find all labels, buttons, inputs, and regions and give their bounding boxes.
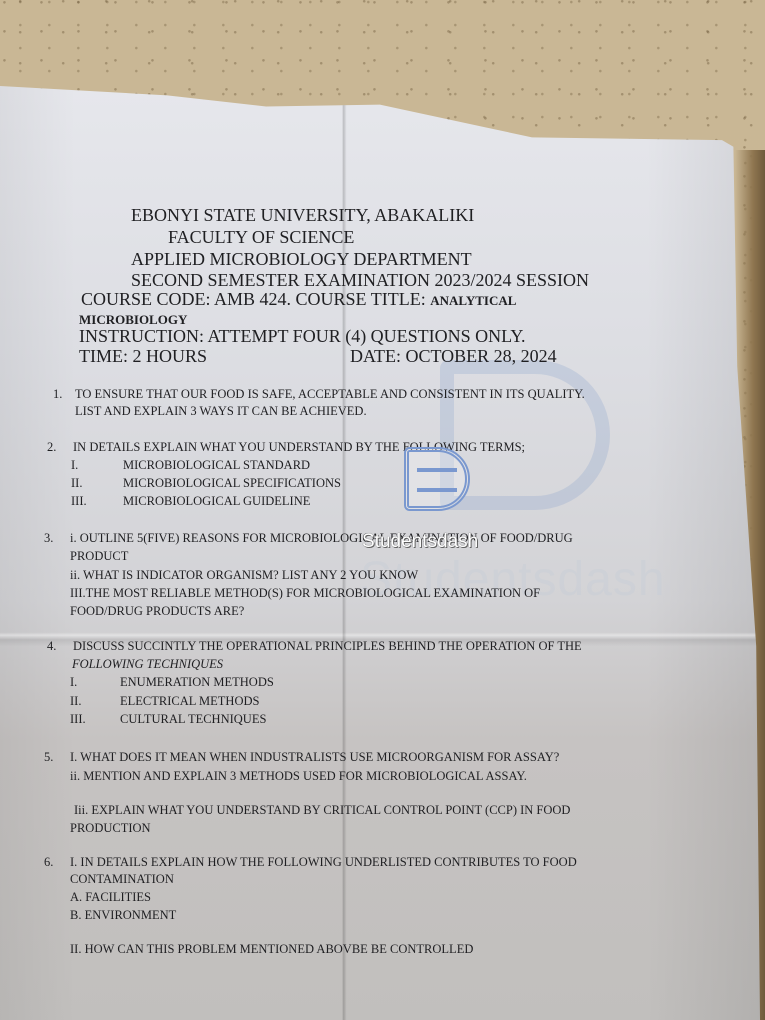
item-text: MICROBIOLOGICAL SPECIFICATIONS <box>123 477 341 490</box>
item-marker: III. <box>70 713 86 726</box>
question-text: PRODUCTION <box>70 822 151 835</box>
question-text: IN DETAILS EXPLAIN WHAT YOU UNDERSTAND B… <box>73 441 525 454</box>
item-marker: II. <box>71 477 82 490</box>
question-text: FOOD/DRUG PRODUCTS ARE? <box>70 605 244 618</box>
question-number: 5. <box>44 751 53 764</box>
question-text: TO ENSURE THAT OUR FOOD IS SAFE, ACCEPTA… <box>75 388 585 401</box>
question-text: DISCUSS SUCCINTLY THE OPERATIONAL PRINCI… <box>73 640 582 653</box>
course-title-part2-line: MICROBIOLOGY <box>79 309 187 327</box>
exam-time: TIME: 2 HOURS <box>79 347 207 365</box>
item-marker: III. <box>71 495 87 508</box>
question-text: ii. MENTION AND EXPLAIN 3 METHODS USED F… <box>70 770 527 783</box>
item-marker: II. <box>70 695 81 708</box>
question-number: 1. <box>53 388 62 401</box>
instruction: INSTRUCTION: ATTEMPT FOUR (4) QUESTIONS … <box>79 327 526 345</box>
exam-date: DATE: OCTOBER 28, 2024 <box>350 347 557 365</box>
exam-session: SECOND SEMESTER EXAMINATION 2023/2024 SE… <box>131 271 589 289</box>
course-title-part2: MICROBIOLOGY <box>79 312 187 327</box>
question-text: III.THE MOST RELIABLE METHOD(S) FOR MICR… <box>70 587 540 600</box>
faculty-name: FACULTY OF SCIENCE <box>168 228 354 246</box>
item-marker: I. <box>70 676 77 689</box>
question-text: CONTAMINATION <box>70 873 174 886</box>
question-number: 4. <box>47 640 56 653</box>
watermark-logo-icon <box>404 447 470 511</box>
question-number: 6. <box>44 856 53 869</box>
question-text: Iii. EXPLAIN WHAT YOU UNDERSTAND BY CRIT… <box>74 804 570 817</box>
question-text: I. IN DETAILS EXPLAIN HOW THE FOLLOWING … <box>70 856 577 869</box>
item-text: MICROBIOLOGICAL GUIDELINE <box>123 495 310 508</box>
question-text: i. OUTLINE 5(FIVE) REASONS FOR MICROBIOL… <box>70 532 573 545</box>
question-number: 3. <box>44 532 53 545</box>
question-text: B. ENVIRONMENT <box>70 909 176 922</box>
question-number: 2. <box>47 441 56 454</box>
course-code: COURSE CODE: AMB 424. COURSE TITLE: <box>81 289 426 309</box>
department-name: APPLIED MICROBIOLOGY DEPARTMENT <box>131 250 472 268</box>
item-text: ENUMERATION METHODS <box>120 676 274 689</box>
university-name: EBONYI STATE UNIVERSITY, ABAKALIKI <box>131 206 474 224</box>
question-text: A. FACILITIES <box>70 891 151 904</box>
item-text: ELECTRICAL METHODS <box>120 695 259 708</box>
question-text: PRODUCT <box>70 550 128 563</box>
watermark-text: Studentsdash <box>362 531 478 553</box>
question-text: LIST AND EXPLAIN 3 WAYS IT CAN BE ACHIEV… <box>75 405 367 418</box>
item-text: CULTURAL TECHNIQUES <box>120 713 266 726</box>
question-text: I. WHAT DOES IT MEAN WHEN INDUSTRALISTS … <box>70 751 559 764</box>
exam-document: EBONYI STATE UNIVERSITY, ABAKALIKI FACUL… <box>0 0 765 1020</box>
item-text: MICROBIOLOGICAL STANDARD <box>123 459 310 472</box>
question-text: ii. WHAT IS INDICATOR ORGANISM? LIST ANY… <box>70 569 418 582</box>
course-code-line: COURSE CODE: AMB 424. COURSE TITLE: ANAL… <box>81 290 516 308</box>
course-title-part1: ANALYTICAL <box>430 293 516 308</box>
question-text: II. HOW CAN THIS PROBLEM MENTIONED ABOVB… <box>70 943 473 956</box>
item-marker: I. <box>71 459 78 472</box>
question-text: FOLLOWING TECHNIQUES <box>72 658 223 671</box>
